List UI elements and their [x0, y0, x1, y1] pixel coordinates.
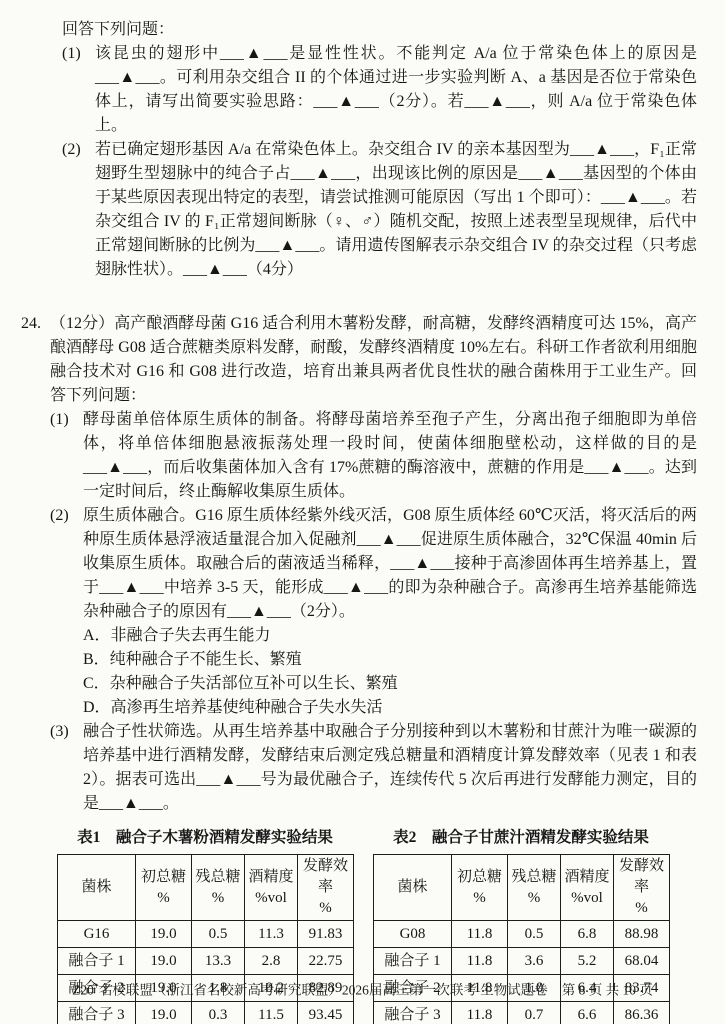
- table-header-cell: 酒精度%vol: [561, 855, 614, 921]
- table-cell: 11.8: [452, 921, 508, 948]
- table-header-cell: 残总糖%: [508, 855, 561, 921]
- q24-part-2-body: 原生质体融合。G16 原生质体经紫外线灭活，G08 原生质体经 60℃灭活，将灭…: [83, 504, 697, 720]
- page-footer: Z20+名校联盟（浙江省名校新高考研究联盟）2026届高三第一次联考 生物试题卷…: [0, 974, 725, 1003]
- exam-paper-page: 回答下列问题： (1) 该昆虫的翅形中___▲___是显性性状。不能判定 A/a…: [0, 0, 725, 1024]
- table-cell: 11.5: [245, 1002, 298, 1024]
- table-cell: 68.04: [614, 948, 670, 975]
- table-header-cell: 发酵效率%: [614, 855, 670, 921]
- table-row: 融合子 3 19.0 0.3 11.5 93.45: [58, 1002, 354, 1024]
- q24-part-1-text: 酵母菌单倍体原生质体的制备。将酵母菌培养至孢子产生，分离出孢子细胞即为单倍体，将…: [83, 408, 697, 504]
- q23-prompt: 回答下列问题：: [62, 18, 697, 42]
- option-b: B．纯种融合子不能生长、繁殖: [83, 648, 697, 672]
- table-row: 融合子 1 19.0 13.3 2.8 22.75: [58, 948, 354, 975]
- table-row: G08 11.8 0.5 6.8 88.98: [374, 921, 670, 948]
- table-1-caption: 表1 融合子木薯粉酒精发酵实验结果: [57, 826, 353, 850]
- option-d: D．高渗再生培养基使纯种融合子失水失活: [83, 696, 697, 720]
- table-cell: 融合子 1: [374, 948, 452, 975]
- q24-part-3-text: 融合子性状筛选。从再生培养基中取融合子分别接种到以木薯粉和甘蔗汁为唯一碳源的培养…: [83, 720, 697, 816]
- q24-part-1: (1) 酵母菌单倍体原生质体的制备。将酵母菌培养至孢子产生，分离出孢子细胞即为单…: [50, 408, 697, 504]
- table-header-cell: 初总糖%: [136, 855, 192, 921]
- table-cell: 3.6: [508, 948, 561, 975]
- table-cell: 13.3: [192, 948, 245, 975]
- q23-part-2: (2) 若已确定翅形基因 A/a 在常染色体上。杂交组合 IV 的亲本基因型为_…: [62, 138, 697, 282]
- table-cell: G08: [374, 921, 452, 948]
- part-label: (2): [62, 138, 95, 282]
- table-cell: 91.83: [298, 921, 354, 948]
- table-cell: 融合子 3: [58, 1002, 136, 1024]
- table-cell: 19.0: [136, 948, 192, 975]
- table-cell: 19.0: [136, 921, 192, 948]
- table-cell: 93.45: [298, 1002, 354, 1024]
- q23-part-1-text: 该昆虫的翅形中___▲___是显性性状。不能判定 A/a 位于常染色体上的原因是…: [95, 42, 697, 138]
- page-content: 回答下列问题： (1) 该昆虫的翅形中___▲___是显性性状。不能判定 A/a…: [0, 0, 725, 1024]
- table-cell: G16: [58, 921, 136, 948]
- q24-intro: （12分）高产酿酒酵母菌 G16 适合利用木薯粉发酵，耐高糖，发酵终酒精度可达 …: [50, 312, 697, 408]
- table-2-caption: 表2 融合子甘蔗汁酒精发酵实验结果: [373, 826, 669, 850]
- part-label: (1): [50, 408, 83, 504]
- q24-part-2-text: 原生质体融合。G16 原生质体经紫外线灭活，G08 原生质体经 60℃灭活，将灭…: [83, 504, 697, 624]
- table-header-cell: 残总糖%: [192, 855, 245, 921]
- table-header-cell: 酒精度%vol: [245, 855, 298, 921]
- part-label: (1): [62, 42, 95, 138]
- table-cell: 11.8: [452, 948, 508, 975]
- table-header-cell: 初总糖%: [452, 855, 508, 921]
- q23-part-1: (1) 该昆虫的翅形中___▲___是显性性状。不能判定 A/a 位于常染色体上…: [62, 42, 697, 138]
- table-cell: 融合子 3: [374, 1002, 452, 1024]
- table-cell: 融合子 1: [58, 948, 136, 975]
- table-cell: 11.8: [452, 1002, 508, 1024]
- q24-part-3: (3) 融合子性状筛选。从再生培养基中取融合子分别接种到以木薯粉和甘蔗汁为唯一碳…: [50, 720, 697, 816]
- table-row: 融合子 1 11.8 3.6 5.2 68.04: [374, 948, 670, 975]
- table-header-row: 菌株 初总糖% 残总糖% 酒精度%vol 发酵效率%: [58, 855, 354, 921]
- q24-part-2: (2) 原生质体融合。G16 原生质体经紫外线灭活，G08 原生质体经 60℃灭…: [50, 504, 697, 720]
- table-cell: 19.0: [136, 1002, 192, 1024]
- table-cell: 6.8: [561, 921, 614, 948]
- table-cell: 0.7: [508, 1002, 561, 1024]
- part-label: (2): [50, 504, 83, 720]
- page-indicator: 第 8 页 共 10 页: [562, 982, 653, 997]
- table-cell: 11.3: [245, 921, 298, 948]
- q23-part-2-text: 若已确定翅形基因 A/a 在常染色体上。杂交组合 IV 的亲本基因型为___▲_…: [95, 138, 697, 282]
- footer-title: 名校联盟（浙江省名校新高考研究联盟）2026届高三第一次联考 生物试题卷: [99, 982, 548, 997]
- table-cell: 6.6: [561, 1002, 614, 1024]
- question-number: 24.: [21, 312, 50, 816]
- table-cell: 86.36: [614, 1002, 670, 1024]
- table-cell: 22.75: [298, 948, 354, 975]
- option-c: C．杂种融合子失活部位互补可以生长、繁殖: [83, 672, 697, 696]
- table-cell: 0.5: [192, 921, 245, 948]
- table-header-row: 菌株 初总糖% 残总糖% 酒精度%vol 发酵效率%: [374, 855, 670, 921]
- table-header-cell: 发酵效率%: [298, 855, 354, 921]
- league-brand: Z20: [72, 982, 94, 997]
- table-cell: 2.8: [245, 948, 298, 975]
- table-cell: 0.5: [508, 921, 561, 948]
- table-cell: 0.3: [192, 1002, 245, 1024]
- table-cell: 88.98: [614, 921, 670, 948]
- question-24-body: （12分）高产酿酒酵母菌 G16 适合利用木薯粉发酵，耐高糖，发酵终酒精度可达 …: [50, 312, 697, 816]
- part-label: (3): [50, 720, 83, 816]
- table-row: G16 19.0 0.5 11.3 91.83: [58, 921, 354, 948]
- table-header-cell: 菌株: [374, 855, 452, 921]
- question-24: 24. （12分）高产酿酒酵母菌 G16 适合利用木薯粉发酵，耐高糖，发酵终酒精…: [33, 312, 697, 816]
- table-header-cell: 菌株: [58, 855, 136, 921]
- table-cell: 5.2: [561, 948, 614, 975]
- table-row: 融合子 3 11.8 0.7 6.6 86.36: [374, 1002, 670, 1024]
- option-a: A．非融合子失去再生能力: [83, 624, 697, 648]
